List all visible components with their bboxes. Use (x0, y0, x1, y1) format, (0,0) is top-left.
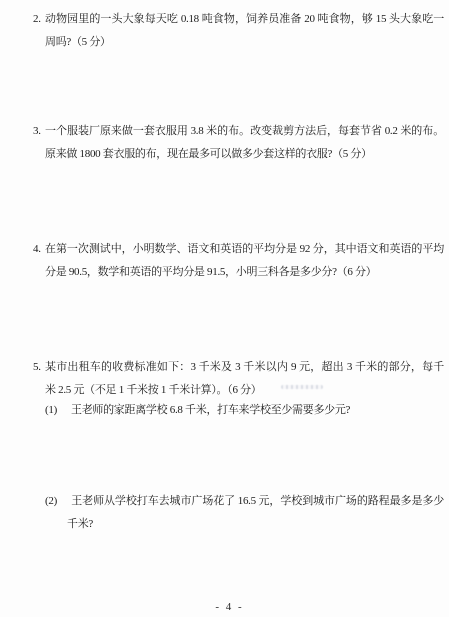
problem-3-line-2: 原来做 1800 套衣服的布，现在最多可以做多少套这样的衣服?（5 分） (45, 143, 444, 166)
problem-2-line-2: 周吗?（5 分） (45, 31, 444, 54)
problem-5-sub-1: (1)王老师的家距离学校 6.8 千米，打车来学校至少需要多少元? (45, 399, 444, 422)
problem-2-line-1: 动物园里的一头大象每天吃 0.18 吨食物，饲养员准备 20 吨食物，够 15 … (45, 8, 444, 31)
problem-5-sub-2-line-2: 千米? (67, 513, 444, 536)
problem-5-line-1: 某市出租车的收费标准如下：3 千米及 3 千米以内 9 元，超出 3 千米的部分… (45, 356, 444, 379)
sub-question-2-text: 王老师从学校打车去城市广场花了 16.5 元，学校到城市广场的路程最多是多少 (71, 495, 444, 507)
sub-question-2-label: (2) (45, 490, 71, 513)
problem-4-line-1: 在第一次测试中，小明数学、语文和英语的平均分是 92 分，其中语文和英语的平均 (45, 238, 444, 261)
problem-5-sub-2-line-1: (2)王老师从学校打车去城市广场花了 16.5 元，学校到城市广场的路程最多是多… (45, 490, 444, 513)
sub-question-1-label: (1) (45, 399, 71, 422)
worksheet-page: 2. 动物园里的一头大象每天吃 0.18 吨食物，饲养员准备 20 吨食物，够 … (0, 0, 449, 617)
problem-3-line-1: 一个服装厂原来做一套衣服用 3.8 米的布。改变裁剪方法后，每套节省 0.2 米… (45, 120, 444, 143)
sub-question-1-text: 王老师的家距离学校 6.8 千米，打车来学校至少需要多少元? (71, 404, 350, 416)
problem-4-line-2: 分是 90.5，数学和英语的平均分是 91.5，小明三科各是多少分?（6 分） (45, 261, 444, 284)
page-number: - 4 - (0, 597, 449, 617)
scan-artifact (281, 385, 323, 389)
